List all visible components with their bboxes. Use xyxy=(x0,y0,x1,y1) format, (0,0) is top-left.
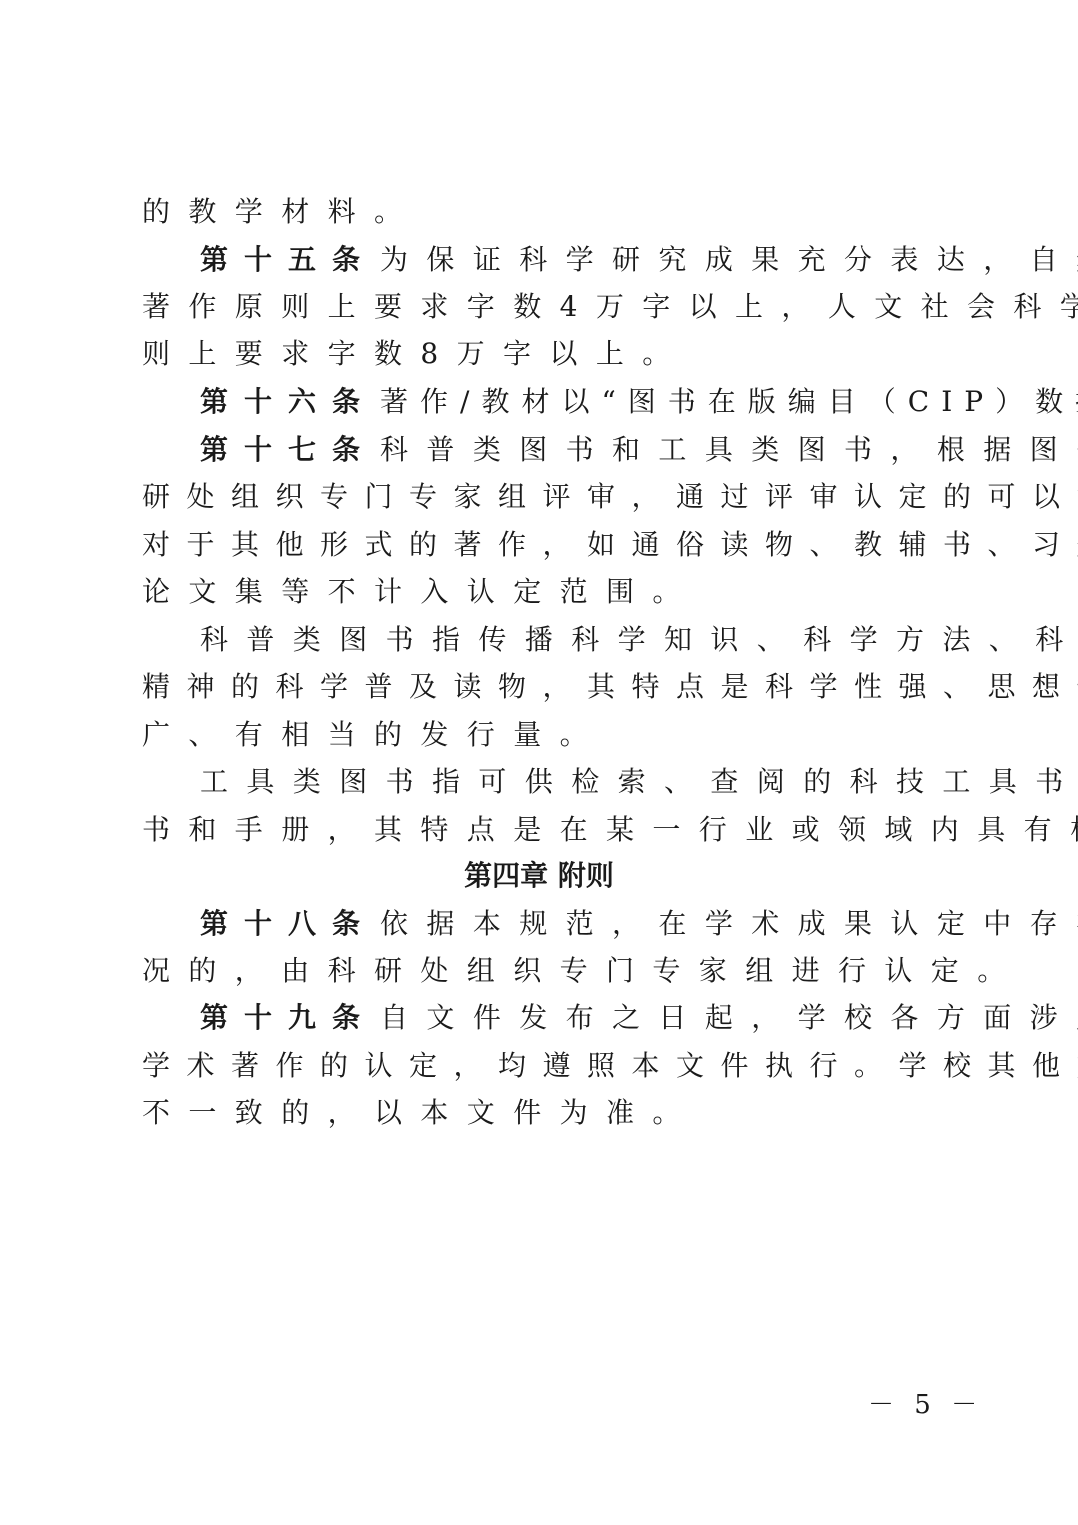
paragraph-line: 工具类图书指可供检索、查阅的科技工具书，包括百科全 xyxy=(200,762,1000,802)
article-text: 自文件发布之日起，学校各方面涉及学术论文、 xyxy=(380,1001,1078,1034)
paragraph-line: 广、有相当的发行量。 xyxy=(142,715,942,755)
paragraph-line: 著作原则上要求字数4万字以上，人文社会科学类学术著作原 xyxy=(142,287,942,327)
article-text: 科普类图书和工具类图书，根据图书内容，经科 xyxy=(380,433,1078,466)
paragraph-line: 科普类图书指传播科学知识、科学方法、科学思想和科学 xyxy=(200,620,1000,660)
chapter-heading: 第四章 附则 xyxy=(0,856,1078,896)
article-18-line: 第十八条依据本规范，在学术成果认定中存在较大争议情 xyxy=(200,904,1000,944)
article-15-line: 第十五条为保证科学研究成果充分表达，自然科学类学术 xyxy=(200,240,1000,280)
paragraph-line: 精神的科学普及读物，其特点是科学性强、思想性强、普及面 xyxy=(142,667,942,707)
article-17-line: 第十七条科普类图书和工具类图书，根据图书内容，经科 xyxy=(200,430,1000,470)
paragraph-line: 论文集等不计入认定范围。 xyxy=(142,572,942,612)
document-page: 的教学材料。 第十五条为保证科学研究成果充分表达，自然科学类学术 著作原则上要求… xyxy=(0,0,1078,1525)
article-label: 第十八条 xyxy=(200,907,376,940)
paragraph-line: 则上要求字数8万字以上。 xyxy=(142,334,942,374)
paragraph-line: 不一致的，以本文件为准。 xyxy=(142,1093,942,1133)
article-label: 第十九条 xyxy=(200,1001,376,1034)
paragraph-line: 的教学材料。 xyxy=(142,192,942,232)
paragraph-line: 书和手册，其特点是在某一行业或领域内具有权威性。 xyxy=(142,810,942,850)
paragraph-line: 对于其他形式的著作，如通俗读物、教辅书、习题集、作品集、 xyxy=(142,525,942,565)
article-text: 著作/教材以“图书在版编目（CIP）数据”为准。 xyxy=(380,385,1078,418)
paragraph-line: 况的，由科研处组织专门专家组进行认定。 xyxy=(142,951,942,991)
page-number: － 5 － xyxy=(868,1388,983,1422)
article-text: 为保证科学研究成果充分表达，自然科学类学术 xyxy=(380,243,1078,276)
article-label: 第十六条 xyxy=(200,385,376,418)
article-text: 依据本规范，在学术成果认定中存在较大争议情 xyxy=(380,907,1078,940)
article-label: 第十七条 xyxy=(200,433,376,466)
paragraph-line: 学术著作的认定，均遵照本文件执行。学校其他文件与本文件 xyxy=(142,1046,942,1086)
paragraph-line: 研处组织专门专家组评审，通过评审认定的可以计入认定范围。 xyxy=(142,477,942,517)
article-label: 第十五条 xyxy=(200,243,376,276)
article-19-line: 第十九条自文件发布之日起，学校各方面涉及学术论文、 xyxy=(200,998,1000,1038)
article-16-line: 第十六条著作/教材以“图书在版编目（CIP）数据”为准。 xyxy=(200,382,1000,422)
